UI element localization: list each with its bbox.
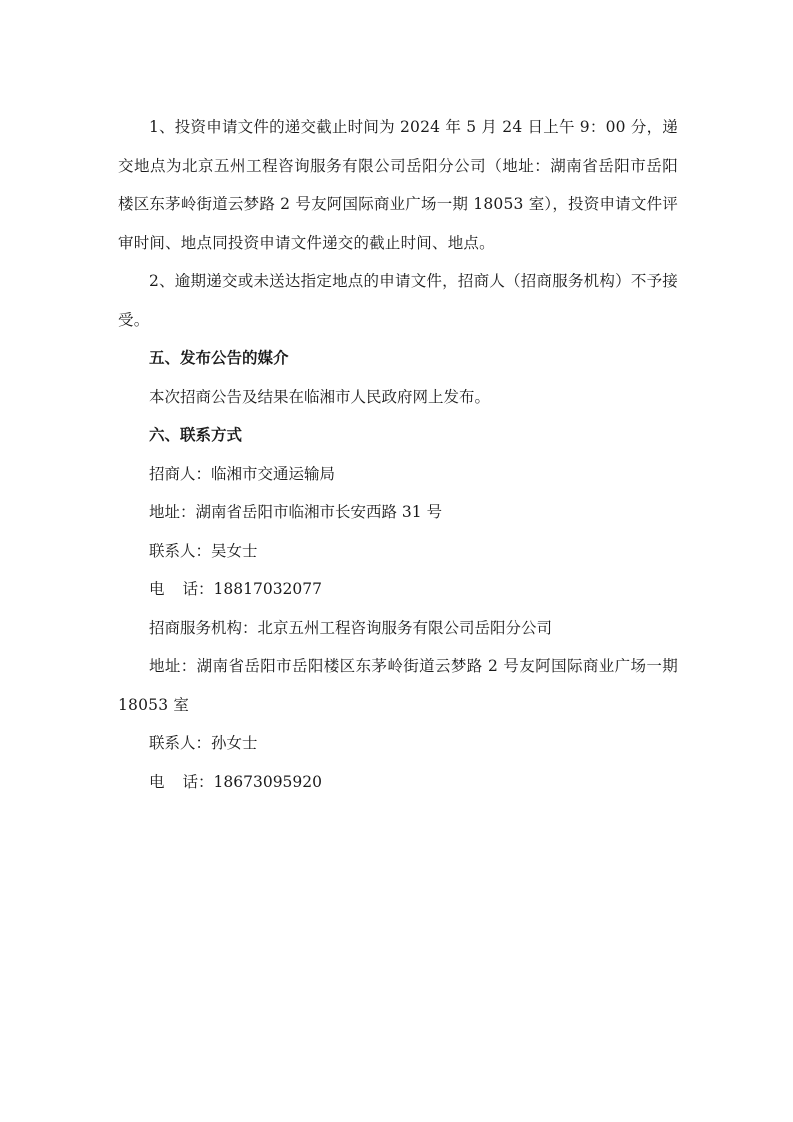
media-text: 本次招商公告及结果在临湘市人民政府网上发布。 bbox=[118, 378, 678, 417]
agency-phone-line: 电话：18673095920 bbox=[118, 763, 678, 802]
client-contact: 联系人：吴女士 bbox=[118, 532, 678, 571]
paragraph-late-submission: 2、逾期递交或未送达指定地点的申请文件，招商人（招商服务机构）不予接受。 bbox=[118, 262, 678, 339]
section-heading-contact: 六、联系方式 bbox=[118, 416, 678, 455]
agency-address: 地址：湖南省岳阳市岳阳楼区东茅岭街道云梦路 2 号友阿国际商业广场一期 1805… bbox=[118, 647, 678, 724]
agency-name: 招商服务机构：北京五州工程咨询服务有限公司岳阳分公司 bbox=[118, 609, 678, 648]
client-phone: 18817032077 bbox=[214, 580, 322, 598]
phone-label-part1: 电 bbox=[149, 773, 165, 791]
paragraph-submission-deadline: 1、投资申请文件的递交截止时间为 2024 年 5 月 24 日上午 9：00 … bbox=[118, 108, 678, 262]
agency-phone: 18673095920 bbox=[214, 773, 322, 791]
phone-label-part2: 话： bbox=[183, 773, 214, 791]
section-heading-media: 五、发布公告的媒介 bbox=[118, 339, 678, 378]
client-phone-line: 电话：18817032077 bbox=[118, 570, 678, 609]
agency-contact: 联系人：孙女士 bbox=[118, 724, 678, 763]
phone-label-part2: 话： bbox=[183, 580, 214, 598]
document-page: 1、投资申请文件的递交截止时间为 2024 年 5 月 24 日上午 9：00 … bbox=[118, 108, 678, 801]
client-address: 地址：湖南省岳阳市临湘市长安西路 31 号 bbox=[118, 493, 678, 532]
client-name: 招商人：临湘市交通运输局 bbox=[118, 455, 678, 494]
phone-label-part1: 电 bbox=[149, 580, 165, 598]
